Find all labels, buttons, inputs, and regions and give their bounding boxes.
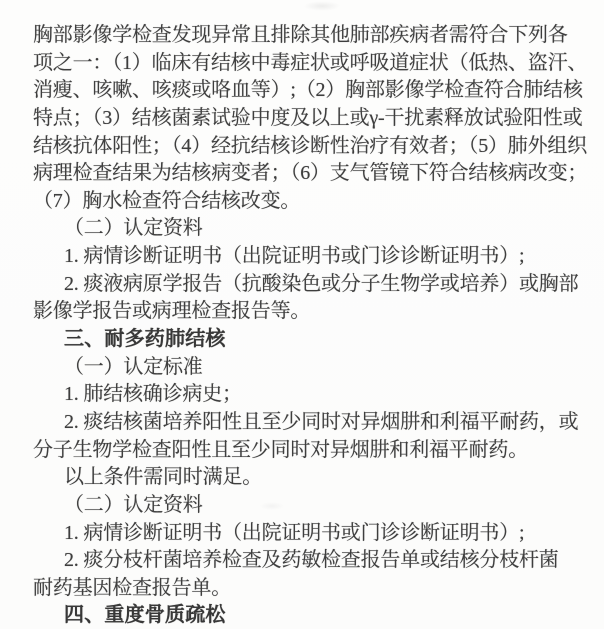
list-item: 2. 痰分枝杆菌培养检查及药敏检查报告单或结核分枝杆菌: [33, 547, 578, 575]
subsection-label: （二）认定资料: [33, 492, 578, 520]
text-line: 以上条件需同时满足。: [33, 464, 578, 492]
scanned-document-page: 胸部影像学检查发现异常且排除其他肺部疾病者需符合下列各 项之一：（1）临床有结核…: [0, 0, 604, 629]
text-line: 特点；（3）结核菌素试验中度及以上或γ-干扰素释放试验阳性或: [33, 105, 578, 133]
document-text-block: 胸部影像学检查发现异常且排除其他肺部疾病者需符合下列各 项之一：（1）临床有结核…: [33, 22, 578, 629]
list-item: 1. 病情诊断证明书（出院证明书或门诊诊断证明书）;: [33, 520, 578, 548]
text-line: 结核抗体阳性；（4）经抗结核诊断性治疗有效者；（5）肺外组织: [33, 133, 578, 161]
text-line: 胸部影像学检查发现异常且排除其他肺部疾病者需符合下列各: [33, 22, 578, 50]
list-item: 1. 病情诊断证明书（出院证明书或门诊诊断证明书）;: [33, 243, 578, 271]
text-line: 耐药基因检查报告单。: [33, 575, 578, 603]
text-line: 项之一：（1）临床有结核中毒症状或呼吸道症状（低热、盗汗、: [33, 50, 578, 78]
text-line: 消瘦、咳嗽、咳痰或咯血等）;（2）胸部影像学检查符合肺结核: [33, 77, 578, 105]
list-item: 2. 痰液病原学报告（抗酸染色或分子生物学或培养）或胸部: [33, 271, 578, 299]
subsection-label: （一）认定标准: [33, 354, 578, 382]
text-line: 病理检查结果为结核病变者；（6）支气管镜下符合结核病改变；: [33, 160, 578, 188]
list-item: 2. 痰结核菌培养阳性且至少同时对异烟肼和利福平耐药，或: [33, 409, 578, 437]
subsection-label: （二）认定资料: [33, 215, 578, 243]
section-heading: 四、重度骨质疏松: [33, 602, 578, 629]
text-line: 影像学报告或病理检查报告等。: [33, 298, 578, 326]
list-item: 1. 肺结核确诊病史；: [33, 381, 578, 409]
text-line: 分子生物学检查阳性且至少同时对异烟肼和利福平耐药。: [33, 437, 578, 465]
text-line: （7）胸水检查符合结核改变。: [33, 188, 578, 216]
section-heading: 三、耐多药肺结核: [33, 326, 578, 354]
